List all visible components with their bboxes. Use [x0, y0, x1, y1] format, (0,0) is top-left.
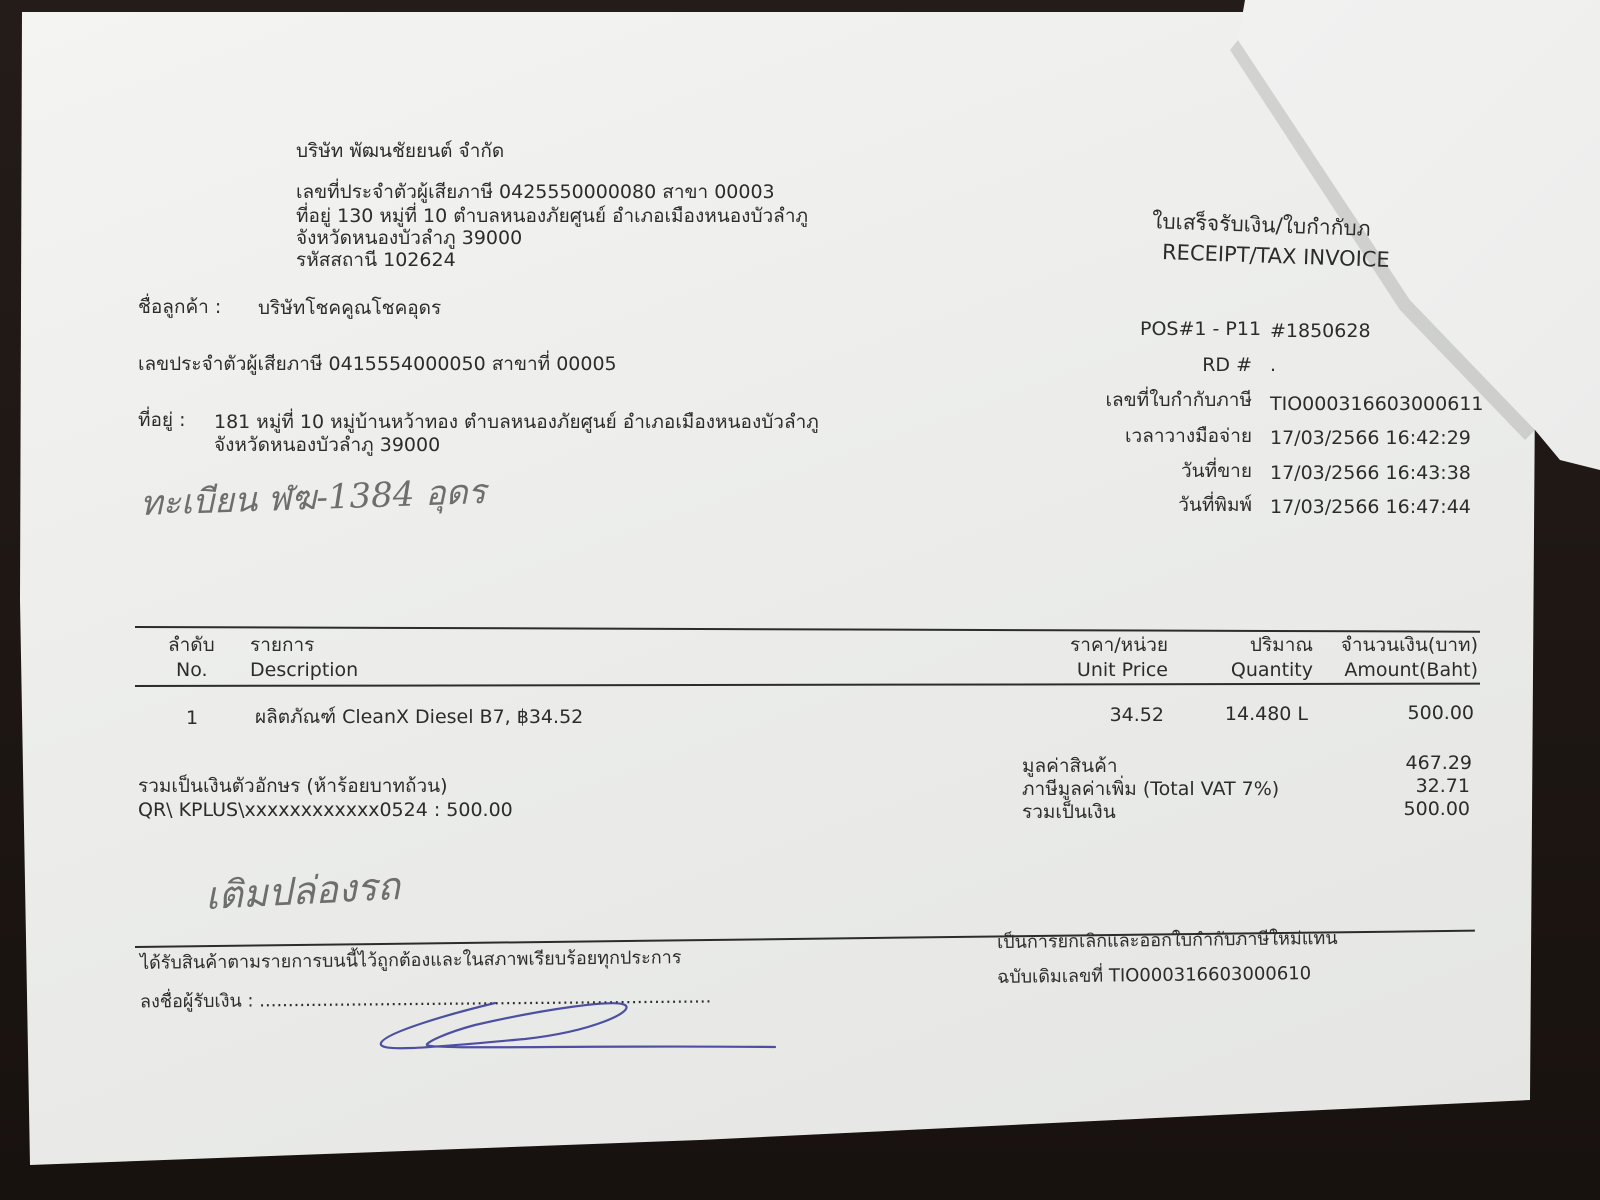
tax-invoice-no-label: เลขที่ใบกำกับภาษี [1050, 389, 1252, 412]
sale-date-value: 17/03/2566 16:43:38 [1270, 462, 1471, 485]
nozzle-time-value: 17/03/2566 16:42:29 [1270, 427, 1471, 450]
header-no-th: ลำดับ [168, 634, 215, 657]
nozzle-time-label: เวลาวางมือจ่าย [1050, 425, 1252, 448]
header-unit-price-th: ราคา/หน่วย [1040, 634, 1168, 657]
row-description: ผลิตภัณฑ์ CleanX Diesel B7, ฿34.52 [255, 706, 583, 729]
rd-value: . [1270, 354, 1276, 377]
payment-method: QR\ KPLUS\xxxxxxxxxxxx0524 : 500.00 [138, 799, 513, 822]
subtotal-label: มูลค่าสินค้า [1022, 755, 1118, 778]
photo-stage: บริษัท พัฒนชัยยนต์ จำกัด เลขที่ประจำตัวผ… [0, 0, 1600, 1200]
header-description-th: รายการ [250, 634, 314, 657]
header-amount-th: จำนวนเงิน(บาท) [1320, 634, 1478, 657]
signature-scribble [375, 995, 795, 1055]
vat-value: 32.71 [1350, 775, 1470, 798]
total-value: 500.00 [1350, 798, 1470, 821]
rd-label: RD # [1050, 354, 1252, 377]
print-date-label: วันที่พิมพ์ [1050, 494, 1252, 517]
customer-tax-id: เลขประจำตัวผู้เสียภาษี 0415554000050 สาข… [138, 353, 617, 376]
row-amount: 500.00 [1330, 702, 1474, 725]
seller-company-name: บริษัท พัฒนชัยยนต์ จำกัด [296, 140, 504, 163]
row-quantity: 14.480 L [1200, 703, 1308, 726]
vat-label: ภาษีมูลค่าเพิ่ม (Total VAT 7%) [1022, 778, 1279, 801]
original-invoice-number: ฉบับเดิมเลขที่ TIO000316603000610 [997, 963, 1311, 988]
seller-tax-id: เลขที่ประจำตัวผู้เสียภาษี 0425550000080 … [296, 181, 775, 204]
customer-address-line2: จังหวัดหนองบัวลำภู 39000 [214, 434, 440, 457]
header-quantity-th: ปริมาณ [1200, 634, 1313, 657]
customer-address-line1: 181 หมู่ที่ 10 หมู่บ้านหว้าทอง ตำบลหนองภ… [214, 411, 819, 434]
amount-in-words: รวมเป็นเงินตัวอักษร (ห้าร้อยบาทถ้วน) [138, 775, 448, 798]
replacement-note: เป็นการยกเลิกและออกใบกำกับภาษีใหม่แทน [997, 928, 1338, 954]
tax-invoice-no-value: TIO000316603000611 [1270, 393, 1484, 416]
print-date-value: 17/03/2566 16:47:44 [1270, 496, 1471, 519]
total-label: รวมเป็นเงิน [1022, 801, 1116, 824]
header-amount-en: Amount(Baht) [1320, 659, 1478, 682]
seller-address-line2: จังหวัดหนองบัวลำภู 39000 [296, 227, 522, 250]
row-unit-price: 34.52 [1060, 704, 1164, 727]
customer-address-label: ที่อยู่ : [138, 409, 186, 432]
subtotal-value: 467.29 [1350, 752, 1472, 775]
customer-name-label: ชื่อลูกค้า : [138, 296, 221, 319]
header-unit-price-en: Unit Price [1040, 659, 1168, 682]
seller-station-code: รหัสสถานี 102624 [296, 249, 456, 272]
row-no: 1 [186, 707, 198, 730]
pos-number: #1850628 [1270, 320, 1371, 343]
pos-label: POS#1 - P11 [1140, 318, 1261, 341]
header-no-en: No. [176, 659, 208, 682]
header-description-en: Description [250, 659, 358, 682]
seller-address-line1: ที่อยู่ 130 หมู่ที่ 10 ตำบลหนองภัยศูนย์ … [296, 205, 808, 228]
handwritten-memo: เติมปล่องรถ [204, 855, 402, 926]
sale-date-label: วันที่ขาย [1050, 460, 1252, 483]
customer-name: บริษัทโชคคูณโชคอุดร [258, 297, 441, 320]
header-quantity-en: Quantity [1200, 659, 1313, 682]
